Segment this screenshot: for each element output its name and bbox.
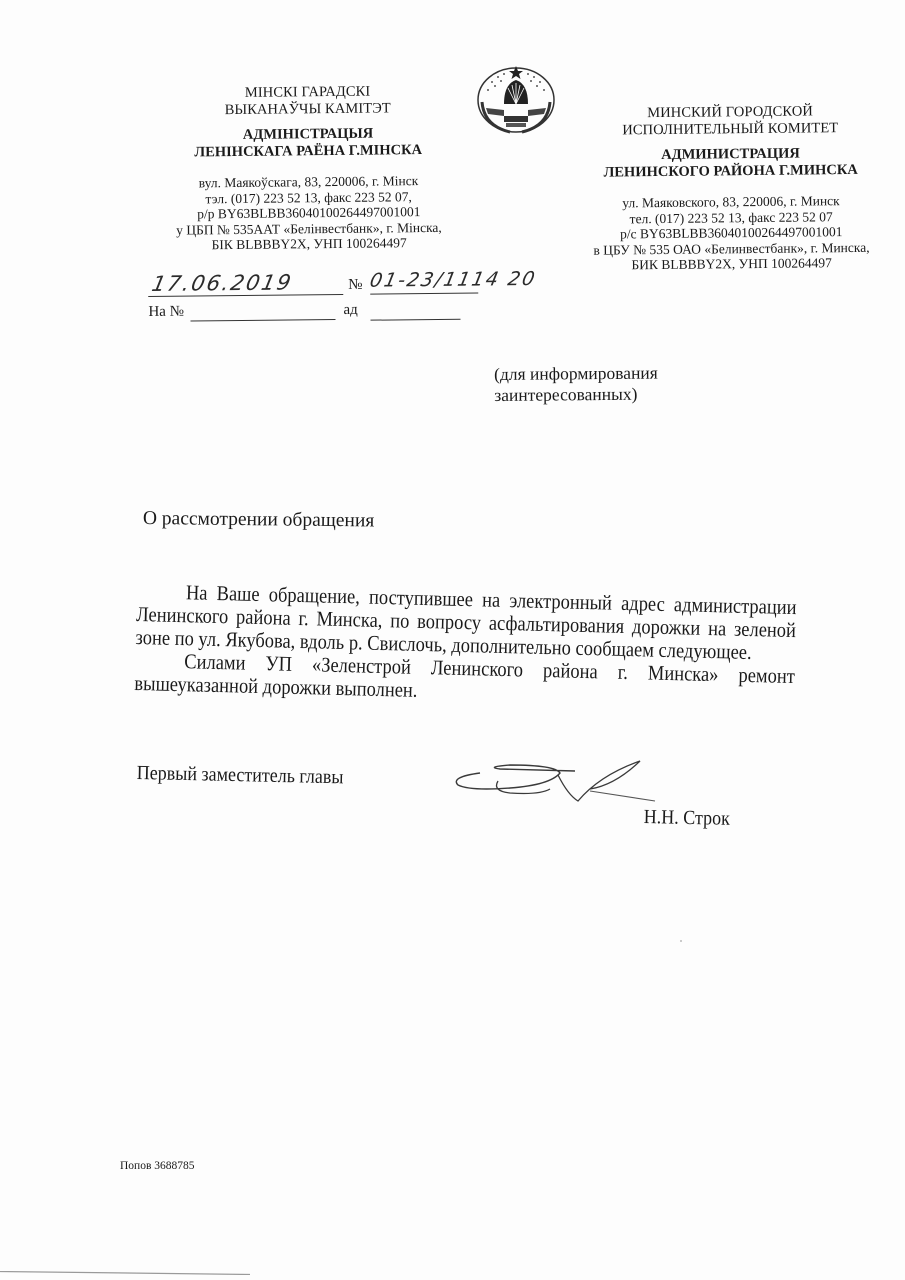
executor-note: Попов 3688785 <box>120 1160 195 1172</box>
signatory-position: Первый заместитель главы <box>137 762 344 789</box>
addressee: (для информирования заинтересованных) <box>494 362 754 406</box>
scan-edge-line <box>0 1262 250 1264</box>
number-rule-line <box>370 293 478 295</box>
outgoing-date: 17.06.2019 <box>150 270 295 296</box>
reply-to-field <box>191 319 336 322</box>
letter-page: МІНСКІ ГАРАДСКІ ВЫКАНАЎЧЫ КАМІТЭТ АДМІНІ… <box>0 0 905 1280</box>
admin-name-line: ЛЕНИНСКОГО РАЙОНА Г.МИНСКА <box>566 162 896 182</box>
signatory-name: Н.Н. Строк <box>644 806 731 831</box>
addressee-line: заинтересованных) <box>494 383 754 406</box>
addressee-line: (для информирования <box>494 362 754 385</box>
reply-to-label: На № <box>148 304 184 321</box>
from-date-field <box>371 319 461 321</box>
header-russian: МИНСКИЙ ГОРОДСКОЙ ИСПОЛНИТЕЛЬНЫЙ КОМИТЕТ… <box>565 103 897 274</box>
number-label: № <box>348 277 362 294</box>
letter-subject: О рассмотрении обращения <box>143 508 375 532</box>
scan-speck <box>680 940 682 942</box>
from-date-label: ад <box>343 302 357 319</box>
header-belarusian: МІНСКІ ГАРАДСКІ ВЫКАНАЎЧЫ КАМІТЭТ АДМІНІ… <box>140 82 477 253</box>
registration-block: 17.06.2019 № 01-23/1114 20 На № ад <box>148 268 569 332</box>
letter-body: На Ваше обращение, поступившее на электр… <box>134 580 797 711</box>
outgoing-number: 01-23/1114 20 <box>368 268 539 292</box>
state-emblem-belarus-icon <box>470 60 562 142</box>
